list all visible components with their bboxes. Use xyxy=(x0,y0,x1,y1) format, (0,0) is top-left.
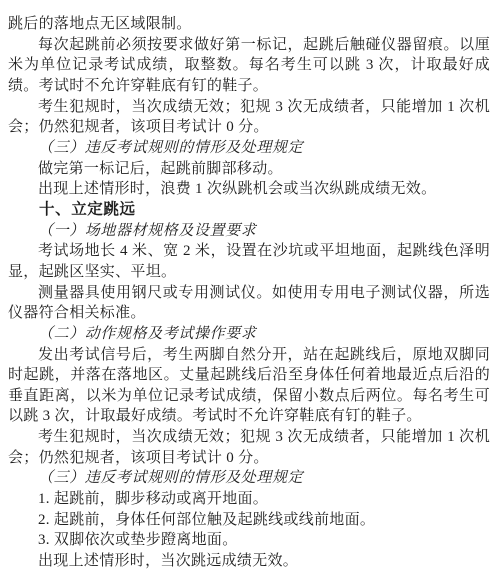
document-page: 跳后的落地点无区域限制。 每次起跳前必须按要求做好第一标记，起跳后触碰仪器留痕。… xyxy=(0,0,497,579)
paragraph: 出现上述情形时，当次跳远成绩无效。 xyxy=(8,551,490,572)
subsection-heading: （三）违反考试规则的情形及处理规定 xyxy=(8,138,490,159)
paragraph: 考生犯规时，当次成绩无效；犯规 3 次无成绩者，只能增加 1 次机会；仍然犯规者… xyxy=(8,427,490,468)
paragraph: 考试场地长 4 米、宽 2 米，设置在沙坑或平坦地面，起跳线色泽明显，起跳区坚实… xyxy=(8,241,490,282)
list-item: 3. 双脚依次或垫步蹬离地面。 xyxy=(8,530,490,551)
list-item: 1. 起跳前，脚步移动或离开地面。 xyxy=(8,489,490,510)
list-item: 2. 起跳前，身体任何部位触及起跳线或线前地面。 xyxy=(8,510,490,531)
paragraph: 发出考试信号后，考生两脚自然分开，站在起跳线后，原地双脚同时起跳，并落在落地区。… xyxy=(8,345,490,428)
paragraph: 出现上述情形时，浪费 1 次纵跳机会或当次纵跳成绩无效。 xyxy=(8,179,490,200)
paragraph: 考生犯规时，当次成绩无效；犯规 3 次无成绩者，只能增加 1 次机会；仍然犯规者… xyxy=(8,97,490,138)
paragraph: 测量器具使用钢尺或专用测试仪。如使用专用电子测试仪器，所选仪器符合相关标准。 xyxy=(8,283,490,324)
paragraph: 做完第一标记后，起跳前脚部移动。 xyxy=(8,159,490,180)
subsection-heading: （一）场地器材规格及设置要求 xyxy=(8,221,490,242)
paragraph: 每次起跳前必须按要求做好第一标记，起跳后触碰仪器留痕。以厘米为单位记录考试成绩，… xyxy=(8,35,490,97)
subsection-heading: （二）动作规格及考试操作要求 xyxy=(8,324,490,345)
subsection-heading: （三）违反考试规则的情形及处理规定 xyxy=(8,468,490,489)
paragraph: 跳后的落地点无区域限制。 xyxy=(8,14,490,35)
section-heading: 十、立定跳远 xyxy=(8,200,490,221)
